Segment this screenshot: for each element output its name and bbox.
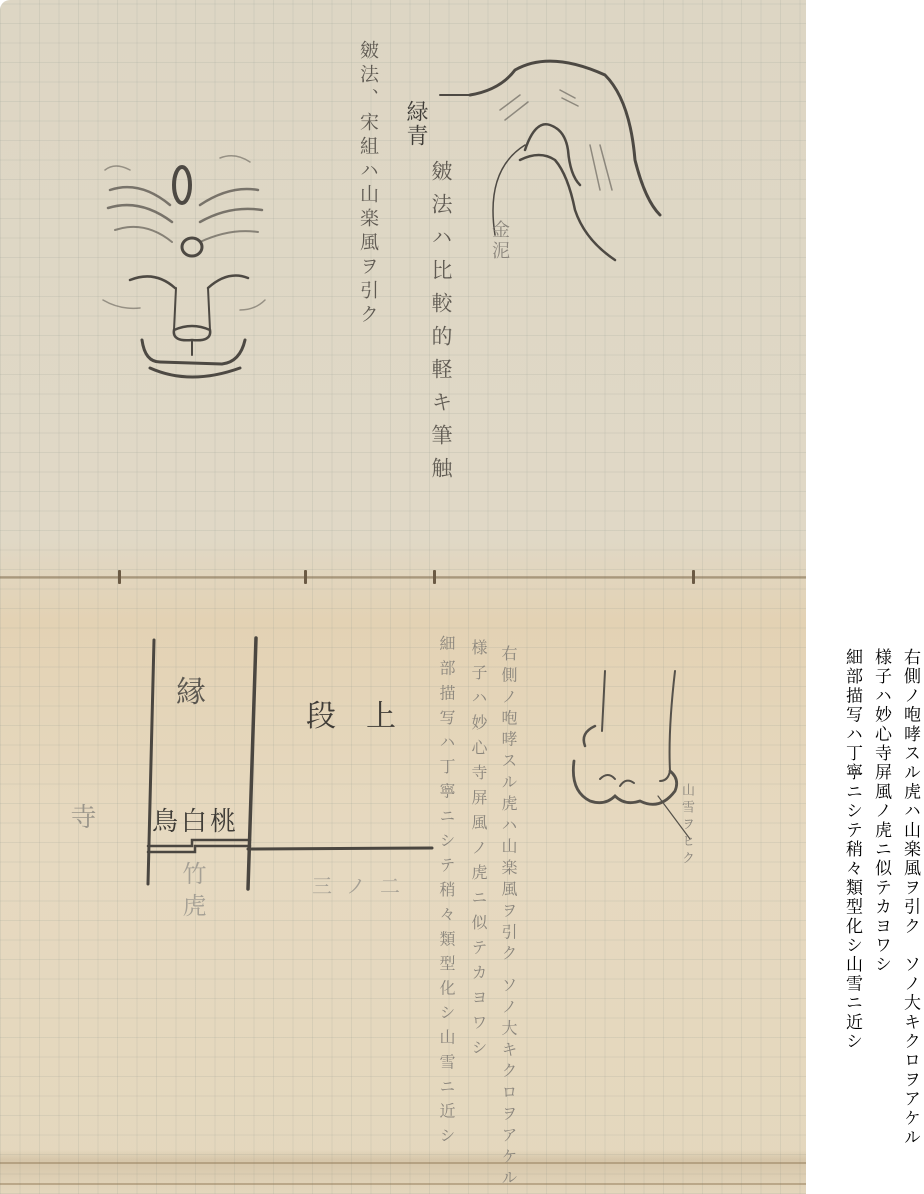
margin-note: 寺 [68,803,94,835]
tiger-paw-claw-sketch [440,50,680,270]
label-take-tora: 竹虎 [180,861,204,925]
transcription-column-3: 細部描写ハ丁寧ニシテ稍々類型化シ山雪ニ近シ [843,648,860,1147]
handwritten-column-3: 細部描写ハ丁寧ニシテ稍々類型化シ山雪ニ近シ [438,635,454,1152]
transcription-column-2: 様子ハ妙心寺屏風ノ虎ニ似テカヨワシ [872,648,889,1147]
note-left: 皴法、宋組ハ山楽風ヲ引ク [358,40,377,328]
tiger-paw-sketch [560,671,740,891]
transcription-panel: 右側ノ咆哮スル虎ハ山楽風ヲ引ク ソノ大キクロヲアケル 様子ハ妙心寺屏風ノ虎ニ似テ… [843,648,918,1147]
label-momo-shirotori: 鳥白桃 [152,801,239,838]
paw-label: 山雪ヲヒク [680,783,693,868]
page-edge-line [0,1162,806,1164]
label-kinko: 金泥 [490,220,508,262]
bottom-page: 縁 段上 鳥白桃 竹虎 三ノ二 寺 右側ノ咆哮スル虎ハ山楽風ヲ引ク ソノ大キクロ… [0,579,806,1194]
label-dan-ue: 段上 [306,691,426,735]
label-san-ni: 三ノ二 [312,870,414,899]
note-rokusho: 緑青 [404,100,426,148]
top-page: 皴法、宋組ハ山楽風ヲ引ク 緑青 皴法ハ比較的軽キ筆触 金泥 [0,0,806,579]
transcription-column-1: 右側ノ咆哮スル虎ハ山楽風ヲ引ク ソノ大キクロヲアケル [901,648,918,1147]
label-en: 縁 [176,667,206,711]
notebook-scan: 皴法、宋組ハ山楽風ヲ引ク 緑青 皴法ハ比較的軽キ筆触 金泥 [0,0,806,1194]
handwritten-column-1: 右側ノ咆哮スル虎ハ山楽風ヲ引ク ソノ大キクロヲアケル [500,645,516,1191]
page-edge-line [0,1183,806,1185]
tiger-face-sketch [100,150,270,380]
handwritten-column-2: 様子ハ妙心寺屏風ノ虎ニ似テカヨワシ [470,639,486,1064]
